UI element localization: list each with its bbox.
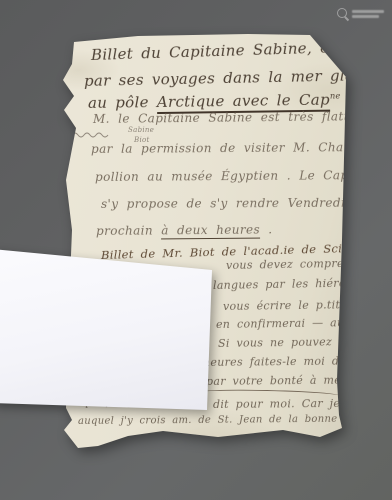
title-line-3-post: Parry. [341,90,392,109]
magnifier-icon [337,8,348,19]
body-line-5-pre: prochain [96,223,161,238]
body-line-5: prochain à deux heures . [96,222,273,238]
body-line-4: s'y propose de s'y rendre Vendredi [101,196,345,211]
fragment-line: Si vous ne pouvez pas [218,335,359,350]
body-line-3: pollion au musée Égyptien . Le Capte [95,168,356,184]
fragment-line: langues par les hiéroglyph. [213,276,382,292]
covering-paper [0,243,216,415]
zoom-watermark-button[interactable] [337,8,384,19]
title-line-1: Billet du Capitaine Sabine, connu [91,37,368,64]
body-underlined-text: à deux heures [161,223,260,240]
title-line-3: au pôle Arctique avec le Capne Parry. [88,90,392,112]
photo-background: Billet du Capitaine Sabine, connu par se… [0,0,392,500]
body-line-3-pre: pollion au musée Égyptien . Le Cap [95,168,349,184]
body-line-1: M. le Capitaine Sabine est très flatté [93,109,357,126]
fragment-line: par votre bonté à me [206,374,341,388]
covering-paper-sheet [0,243,216,415]
fragment-line: en confirmerai — aussi [216,316,360,331]
fragment-line: vous écrire le p.tit [223,298,340,313]
watermark-text-illegible [352,10,384,18]
pencil-note-sabine: Sabine [128,126,154,134]
title-superscript: ne [330,90,341,100]
body-line-3-superscript: te [348,168,355,176]
pencil-scribble [58,129,116,139]
fragment-line: auquel j'y crois am. de St. Jean de la b… [78,413,380,427]
body-line-2: par la permission de visiter M. Cham- [91,140,360,156]
body-line-5-post: . [260,222,273,236]
fragment-line: vous devez comprendre [226,256,371,272]
title-line-2: par ses voyages dans la mer glaciale et [84,65,392,90]
title-line-3-pre: au pôle [88,93,157,112]
fragment-line: heures faites-le moi dire. [203,354,359,369]
fragment-line: dit pour moi. Car je [213,397,340,411]
